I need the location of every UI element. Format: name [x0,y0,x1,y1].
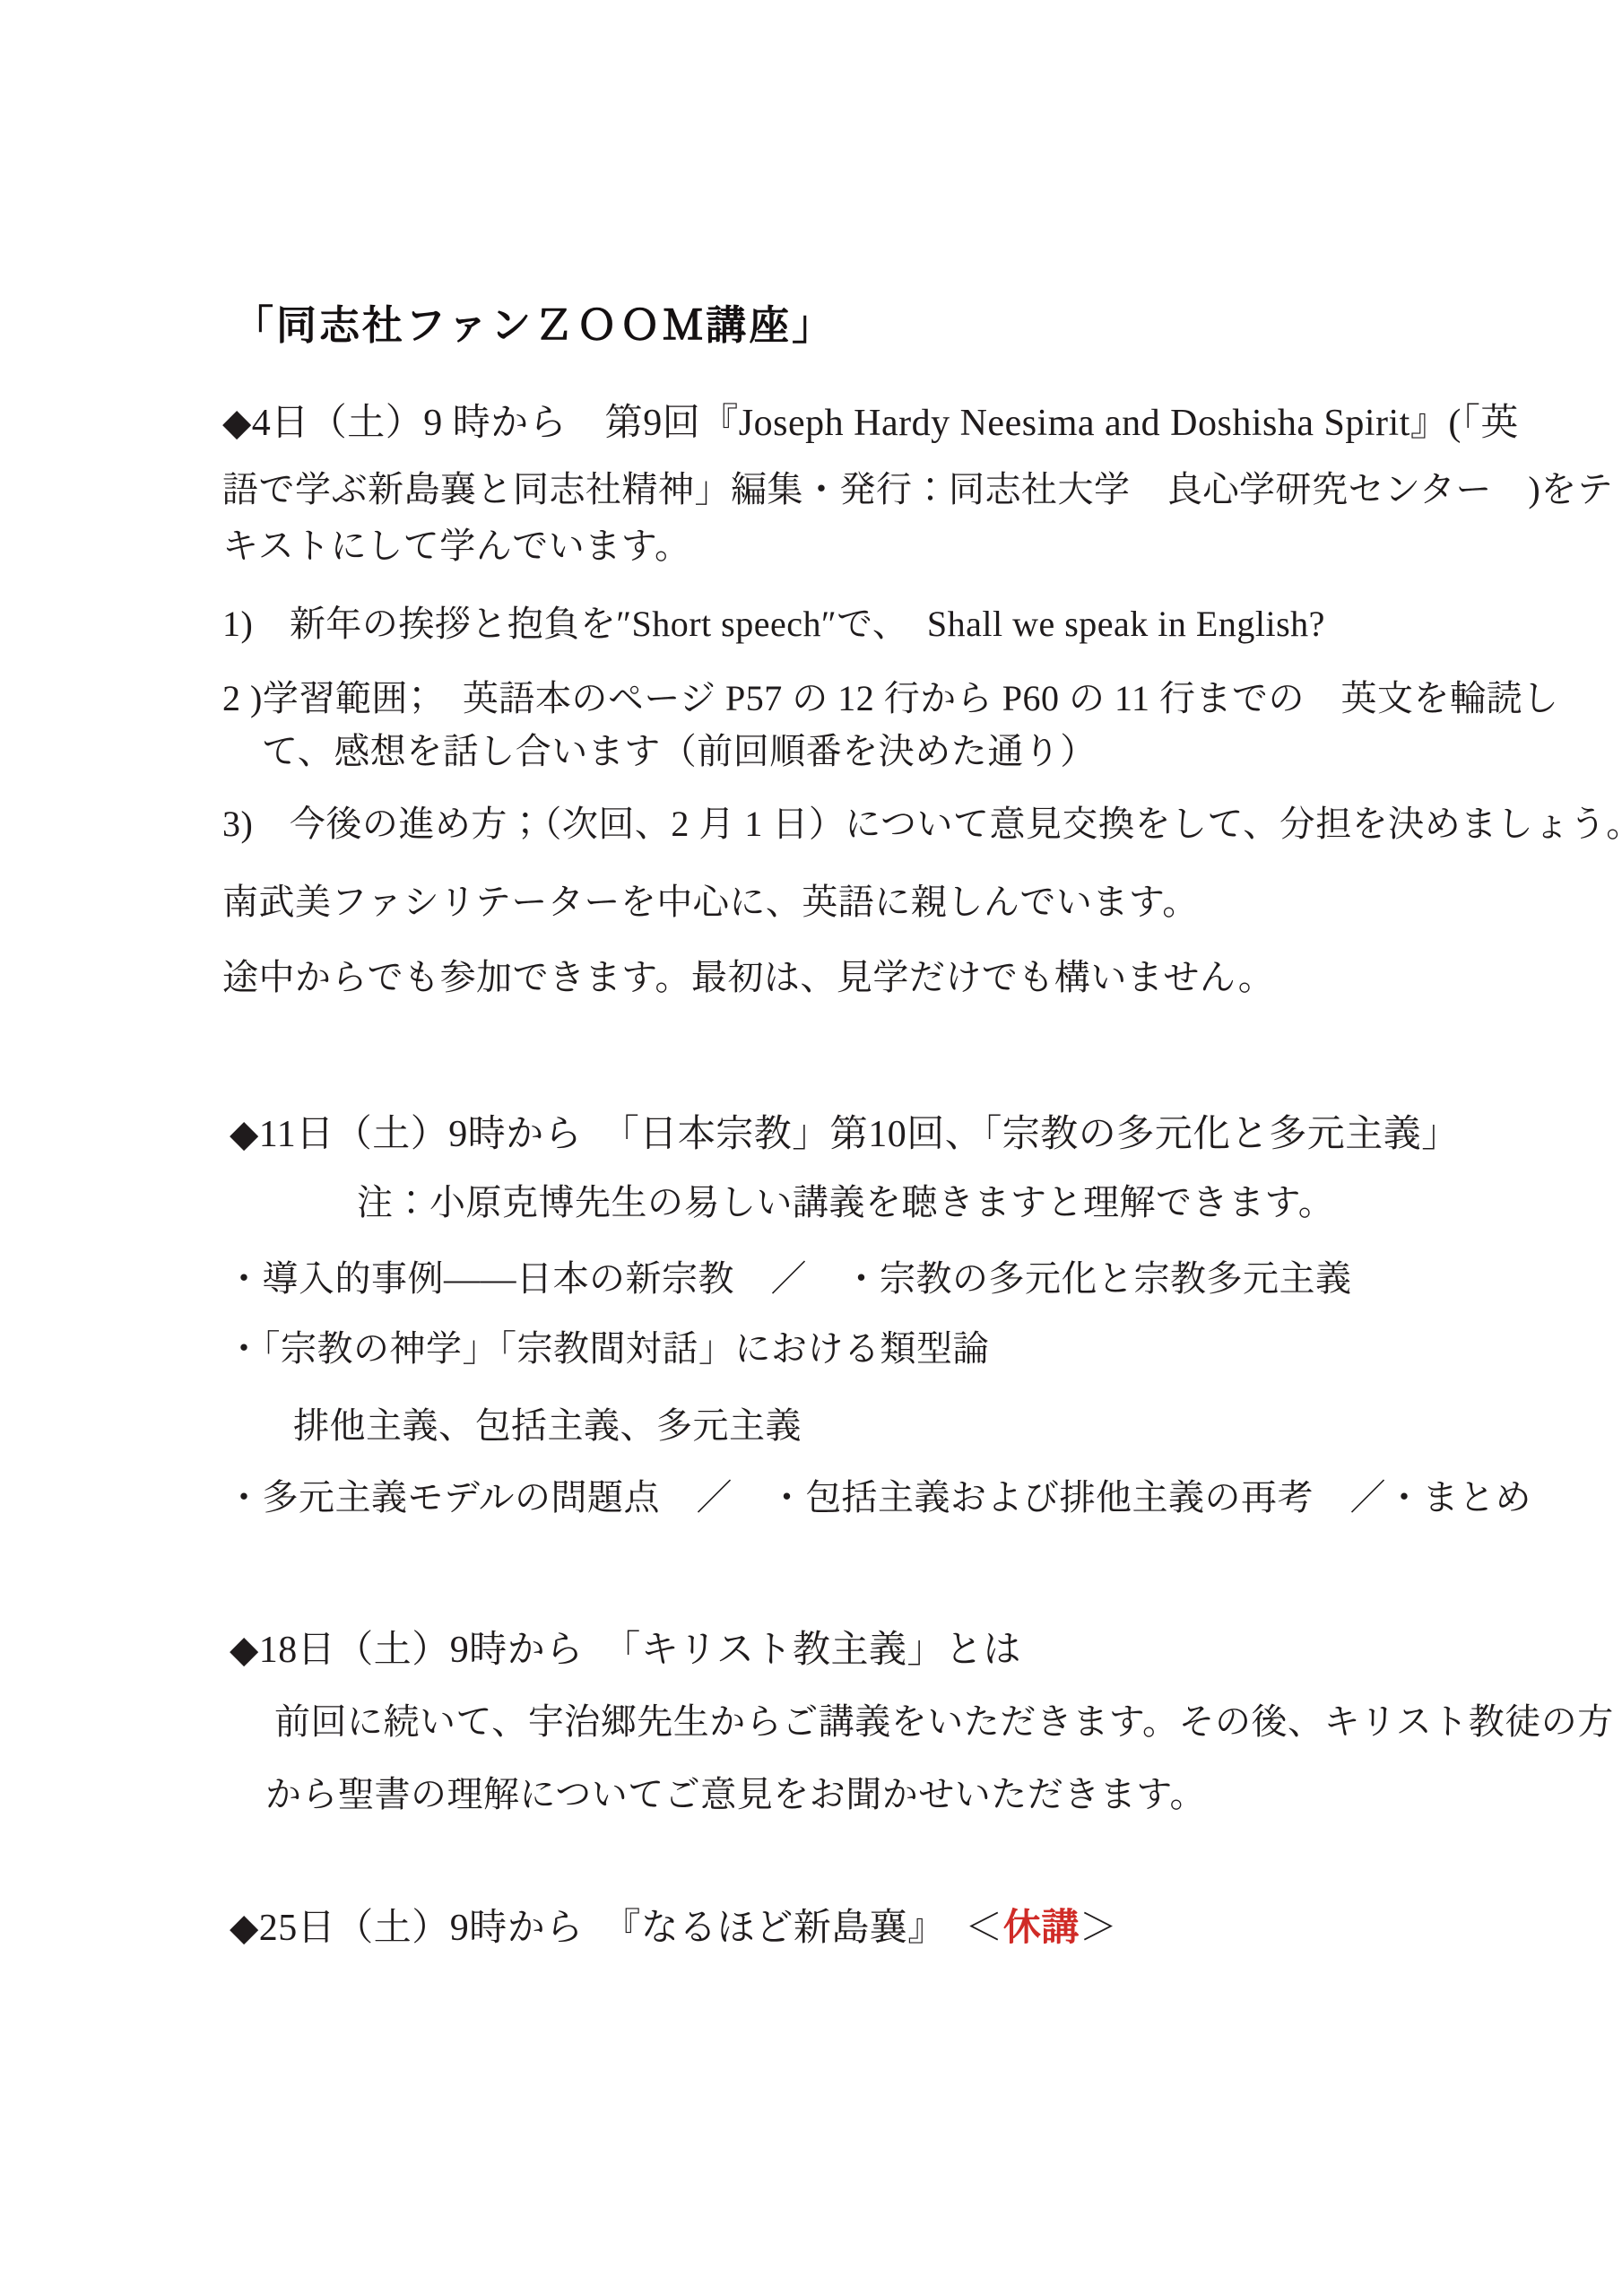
section-jan4-item3: 3) 今後の進め方；（次回、2 月 1 日）について意見交換をして、分担を決めま… [222,803,1622,846]
section-jan4-item2-line1: 2 )学習範囲； 英語本のページ P57 の 12 行から P60 の 11 行… [222,677,1559,720]
section-jan11-topic2-sub: 排他主義、包括主義、多元主義 [293,1405,802,1448]
section-jan11-topic2: ・「宗教の神学」「宗教間対話」における類型論 [226,1327,989,1370]
section-jan11-heading: ◆11日（土）9時から 「日本宗教」第10回、「宗教の多元化と多元主義」 [230,1112,1460,1157]
section-jan4-heading-line2: 語で学ぶ新島襄と同志社精神」編集・発行：同志社大学 良心学研究センター )をテ [222,468,1613,511]
section-jan18-body-line2: から聖書の理解についてご意見をお聞かせいただきます。 [265,1773,1206,1816]
page-title: 「同志社ファンＺＯＯＭ講座」 [233,292,835,351]
section-jan11-note: 注：小原克博先生の易しい講義を聴きますと理解できます。 [357,1181,1334,1224]
section-jan4-item2-line2: て、感想を話し合います（前回順番を決めた通り） [262,730,1097,773]
document-page: 「同志社ファンＺＯＯＭ講座」 ◆4日（土）9 時から 第9回『Joseph Ha… [0,0,1622,2296]
section-jan4-heading-line1: ◆4日（土）9 時から 第9回『Joseph Hardy Neesima and… [222,401,1519,446]
section-jan25-heading-prefix: ◆25日（土）9時から 『なるほど新島襄』 ＜ [230,1908,1003,1949]
section-jan18-body-line1: 前回に続いて、宇治郷先生からご講義をいただきます。その後、キリスト教徒の方 [274,1700,1614,1744]
section-jan4-heading-line3: キストにして学んでいます。 [222,525,691,568]
section-jan4-note2: 途中からでも参加できます。最初は、見学だけでも構いません。 [222,956,1274,999]
cancelled-badge: 休講 [1003,1908,1080,1949]
section-jan25-heading-suffix: ＞ [1080,1908,1118,1949]
section-jan25-heading: ◆25日（土）9時から 『なるほど新島襄』 ＜休講＞ [230,1906,1117,1951]
section-jan18-heading: ◆18日（土）9時から 「キリスト教主義」とは [230,1628,1021,1673]
section-jan11-topic3: ・多元主義モデルの問題点 ／ ・包括主義および排他主義の再考 ／・まとめ [226,1476,1531,1519]
section-jan11-topic1: ・導入的事例――日本の新宗教 ／ ・宗教の多元化と宗教多元主義 [226,1257,1352,1300]
section-jan4-item1: 1) 新年の挨拶と抱負を″Short speech″で、 Shall we sp… [222,603,1325,646]
section-jan4-note1: 南武美ファシリテーターを中心に、英語に親しんでいます。 [222,881,1199,924]
